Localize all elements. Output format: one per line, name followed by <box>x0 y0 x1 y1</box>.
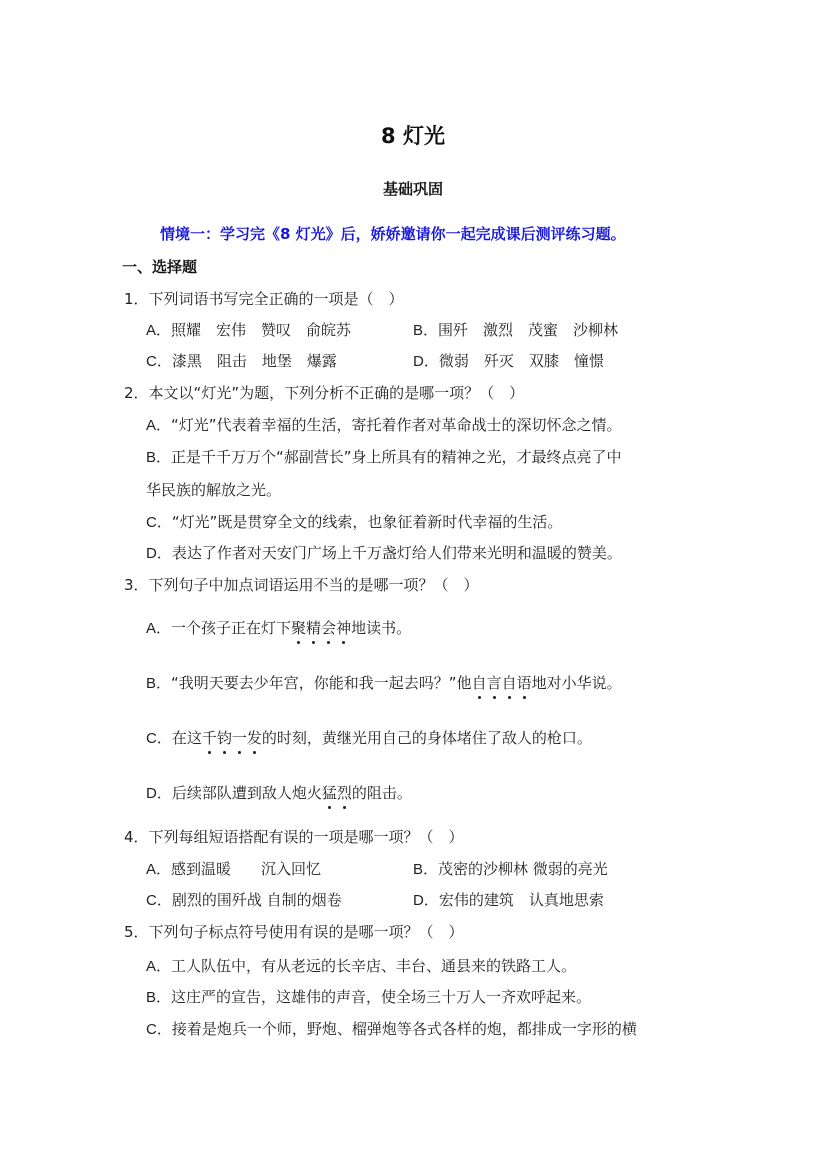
question-stem: 2．本文以“灯光”为题，下列分析不正确的是哪一项？（ ） <box>124 382 524 403</box>
emphasized-word: 猛烈 <box>322 782 352 803</box>
option-label: B． <box>146 449 171 466</box>
option-b[interactable]: B．正是千千万万个“郝副营长”身上所具有的精神之光，才最终点亮了中 <box>146 446 622 467</box>
option-b[interactable]: B．围歼 激烈 茂蜜 沙柳林 <box>413 319 618 340</box>
dotted-char: 自 <box>502 672 517 693</box>
section-heading: 一、选择题 <box>122 256 197 277</box>
option-label: C． <box>146 514 172 531</box>
option-b-continuation: 华民族的解放之光。 <box>146 479 281 500</box>
option-text: 表达了作者对天安门广场上千万盏灯给人们带来光明和温暖的赞美。 <box>172 544 622 562</box>
dotted-char: 一 <box>232 727 247 748</box>
option-a[interactable]: A．感到温暖 沉入回忆 <box>146 858 321 879</box>
option-text: “灯光”代表着幸福的生活，寄托着作者对革命战士的深切怀念之情。 <box>171 416 622 434</box>
option-label: A． <box>146 861 171 878</box>
option-label: A． <box>146 322 171 339</box>
option-text: 照耀 宏伟 赞叹 俞皖苏 <box>171 321 351 339</box>
option-d[interactable]: D．后续部队遭到敌人炮火猛烈的阻击。 <box>146 782 412 803</box>
option-b[interactable]: B．“我明天要去少年宫，你能和我一起去吗？”他自言自语地对小华说。 <box>146 672 622 693</box>
section-subtitle: 基础巩固 <box>0 178 826 199</box>
option-text: 微弱 歼灭 双膝 憧憬 <box>439 352 604 370</box>
document-title: 8 灯光 <box>0 120 826 150</box>
option-b[interactable]: B．茂密的沙柳林 微弱的亮光 <box>413 858 608 879</box>
option-c[interactable]: C．“灯光”既是贯穿全文的线索，也象征着新时代幸福的生活。 <box>146 511 562 532</box>
dotted-char: 言 <box>487 672 502 693</box>
option-d[interactable]: D．表达了作者对天安门广场上千万盏灯给人们带来光明和温暖的赞美。 <box>146 542 622 563</box>
option-label: B． <box>413 322 438 339</box>
option-text-after: 的时刻，黄继光用自己的身体堵住了敌人的枪口。 <box>262 729 592 747</box>
option-text-after: 的阻击。 <box>352 784 412 802</box>
emphasized-word: 聚精会神 <box>291 617 351 638</box>
dotted-char: 会 <box>321 617 336 638</box>
option-label: D． <box>146 785 172 802</box>
option-text: “灯光”既是贯穿全文的线索，也象征着新时代幸福的生活。 <box>172 513 563 531</box>
option-c[interactable]: C．漆黑 阻击 地堡 爆露 <box>146 350 337 371</box>
question-stem: 5．下列句子标点符号使用有误的是哪一项？（ ） <box>124 921 464 942</box>
option-a[interactable]: A．“灯光”代表着幸福的生活，寄托着作者对革命战士的深切怀念之情。 <box>146 414 622 435</box>
option-text-before: “我明天要去少年宫，你能和我一起去吗？”他 <box>171 674 472 692</box>
dotted-char: 聚 <box>291 617 306 638</box>
dotted-char: 钧 <box>217 727 232 748</box>
dotted-char: 自 <box>472 672 487 693</box>
option-d[interactable]: D．微弱 歼灭 双膝 憧憬 <box>413 350 604 371</box>
question-stem: 3．下列句子中加点词语运用不当的是哪一项？（ ） <box>124 574 479 595</box>
option-b[interactable]: B．这庄严的宣告，这雄伟的声音，使全场三十万人一齐欢呼起来。 <box>146 986 591 1007</box>
option-text-after: 地读书。 <box>351 619 411 637</box>
option-label: A． <box>146 620 171 637</box>
dotted-char: 精 <box>306 617 321 638</box>
option-text: 接着是炮兵一个师，野炮、榴弹炮等各式各样的炮，都排成一字形的横 <box>172 1020 637 1038</box>
emphasized-word: 自言自语 <box>472 672 532 693</box>
dotted-char: 发 <box>247 727 262 748</box>
option-text: 茂密的沙柳林 微弱的亮光 <box>438 860 608 878</box>
option-text-before: 后续部队遭到敌人炮火 <box>172 784 322 802</box>
dotted-char: 猛 <box>322 782 337 803</box>
option-d[interactable]: D．宏伟的建筑 认真地思索 <box>413 889 604 910</box>
question-stem: 4．下列每组短语搭配有误的一项是哪一项？（ ） <box>124 826 464 847</box>
option-label: D． <box>413 353 439 370</box>
option-label: C． <box>146 1021 172 1038</box>
option-text-before: 一个孩子正在灯下 <box>171 619 291 637</box>
option-a[interactable]: A．照耀 宏伟 赞叹 俞皖苏 <box>146 319 351 340</box>
option-text: 工人队伍中，有从老远的长辛店、丰台、通县来的铁路工人。 <box>171 957 576 975</box>
option-label: C． <box>146 892 172 909</box>
option-text: 剧烈的围歼战 自制的烟卷 <box>172 891 342 909</box>
option-label: C． <box>146 353 172 370</box>
option-text: 正是千千万万个“郝副营长”身上所具有的精神之光，才最终点亮了中 <box>171 448 622 466</box>
option-a[interactable]: A．一个孩子正在灯下聚精会神地读书。 <box>146 617 411 638</box>
scenario-prompt: 情境一：学习完《8 灯光》后，娇娇邀请你一起完成课后测评练习题。 <box>160 223 626 244</box>
option-c[interactable]: C．剧烈的围歼战 自制的烟卷 <box>146 889 342 910</box>
option-label: A． <box>146 417 171 434</box>
option-text: 宏伟的建筑 认真地思索 <box>439 891 604 909</box>
option-text: 漆黑 阻击 地堡 爆露 <box>172 352 337 370</box>
question-stem: 1．下列词语书写完全正确的一项是（ ） <box>124 288 404 309</box>
option-label: A． <box>146 958 171 975</box>
dotted-char: 语 <box>517 672 532 693</box>
option-label: D． <box>413 892 439 909</box>
option-label: B． <box>146 989 171 1006</box>
dotted-char: 千 <box>202 727 217 748</box>
dotted-char: 神 <box>336 617 351 638</box>
option-label: D． <box>146 545 172 562</box>
option-text: 这庄严的宣告，这雄伟的声音，使全场三十万人一齐欢呼起来。 <box>171 988 591 1006</box>
emphasized-word: 千钧一发 <box>202 727 262 748</box>
option-label: C． <box>146 730 172 747</box>
option-text: 感到温暖 沉入回忆 <box>171 860 321 878</box>
option-text-before: 在这 <box>172 729 202 747</box>
option-a[interactable]: A．工人队伍中，有从老远的长辛店、丰台、通县来的铁路工人。 <box>146 955 576 976</box>
option-c[interactable]: C．接着是炮兵一个师，野炮、榴弹炮等各式各样的炮，都排成一字形的横 <box>146 1018 637 1039</box>
dotted-char: 烈 <box>337 782 352 803</box>
option-c[interactable]: C．在这千钧一发的时刻，黄继光用自己的身体堵住了敌人的枪口。 <box>146 727 592 748</box>
option-label: B． <box>146 675 171 692</box>
option-label: B． <box>413 861 438 878</box>
option-text-after: 地对小华说。 <box>532 674 622 692</box>
option-text: 围歼 激烈 茂蜜 沙柳林 <box>438 321 618 339</box>
